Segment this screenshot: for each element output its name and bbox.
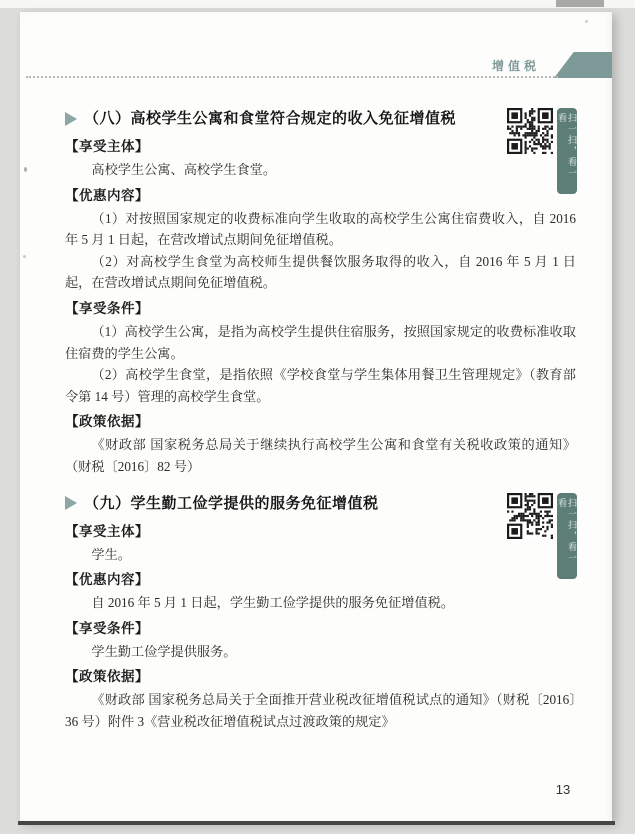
qr-block: 扫一扫，看一看 <box>507 108 577 194</box>
page-content: （八）高校学生公寓和食堂符合规定的收入免征增值税扫一扫，看一看【享受主体】高校学… <box>65 106 576 733</box>
paragraph: （1）对按照国家规定的收费标准向学生收取的高校学生公寓住宿费收入，自 2016 … <box>65 208 576 251</box>
paragraph: 《财政部 国家税务总局关于全面推开营业税改征增值税试点的通知》（财税〔2016〕… <box>65 689 576 732</box>
scan-speck <box>23 255 26 258</box>
chapter-header-label: 增值税 <box>492 57 540 74</box>
header-accent-parallelogram <box>554 52 612 78</box>
triangle-bullet-icon <box>65 112 77 126</box>
block-heading: 【政策依据】 <box>65 411 576 432</box>
triangle-bullet-icon <box>65 496 77 510</box>
paragraph: 自 2016 年 5 月 1 日起，学生勤工俭学提供的服务免征增值税。 <box>65 592 576 614</box>
section-title-row: （八）高校学生公寓和食堂符合规定的收入免征增值税 <box>65 106 576 131</box>
scan-top-right-mark <box>556 0 604 7</box>
block-heading: 【政策依据】 <box>65 666 576 687</box>
qr-tab-label: 扫一扫，看一看 <box>557 108 577 194</box>
paragraph: （2）高校学生食堂，是指依照《学校食堂与学生集体用餐卫生管理规定》（教育部令第 … <box>65 364 576 407</box>
block-heading: 【享受条件】 <box>65 618 576 639</box>
policy-section: （八）高校学生公寓和食堂符合规定的收入免征增值税扫一扫，看一看【享受主体】高校学… <box>65 106 576 478</box>
paragraph: （2）对高校学生食堂为高校师生提供餐饮服务取得的收入，自 2016 年 5 月 … <box>65 251 576 294</box>
page-number: 13 <box>538 782 588 797</box>
scan-speck <box>24 167 27 172</box>
paragraph: 学生。 <box>65 544 576 566</box>
paragraph: 《财政部 国家税务总局关于继续执行高校学生公寓和食堂有关税收政策的通知》（财税〔… <box>65 434 576 477</box>
block-heading: 【享受条件】 <box>65 298 576 319</box>
scan-top-strip <box>0 0 635 8</box>
qr-tab-label: 扫一扫，看一看 <box>557 493 577 579</box>
paragraph: 学生勤工俭学提供服务。 <box>65 641 576 663</box>
header-dotted-divider <box>26 76 558 78</box>
scan-speck <box>585 20 588 23</box>
section-title-row: （九）学生勤工俭学提供的服务免征增值税 <box>65 491 576 516</box>
paragraph: 高校学生公寓、高校学生食堂。 <box>65 159 576 181</box>
scan-bottom-edge <box>18 821 615 825</box>
qr-block: 扫一扫，看一看 <box>507 493 577 579</box>
qr-code <box>507 493 553 539</box>
qr-code <box>507 108 553 154</box>
section-title: （九）学生勤工俭学提供的服务免征增值税 <box>84 491 379 516</box>
policy-section: （九）学生勤工俭学提供的服务免征增值税扫一扫，看一看【享受主体】学生。【优惠内容… <box>65 491 576 733</box>
paragraph: （1）高校学生公寓，是指为高校学生提供住宿服务，按照国家规定的收费标准收取住宿费… <box>65 321 576 364</box>
screenshot-root: { "header": { "label": "增值税" }, "page_nu… <box>0 0 635 834</box>
block-heading: 【优惠内容】 <box>65 569 576 590</box>
book-page: 增值税 （八）高校学生公寓和食堂符合规定的收入免征增值税扫一扫，看一看【享受主体… <box>20 12 612 822</box>
block-heading: 【享受主体】 <box>65 521 576 542</box>
section-title: （八）高校学生公寓和食堂符合规定的收入免征增值税 <box>84 106 456 131</box>
block-heading: 【享受主体】 <box>65 136 576 157</box>
block-heading: 【优惠内容】 <box>65 185 576 206</box>
